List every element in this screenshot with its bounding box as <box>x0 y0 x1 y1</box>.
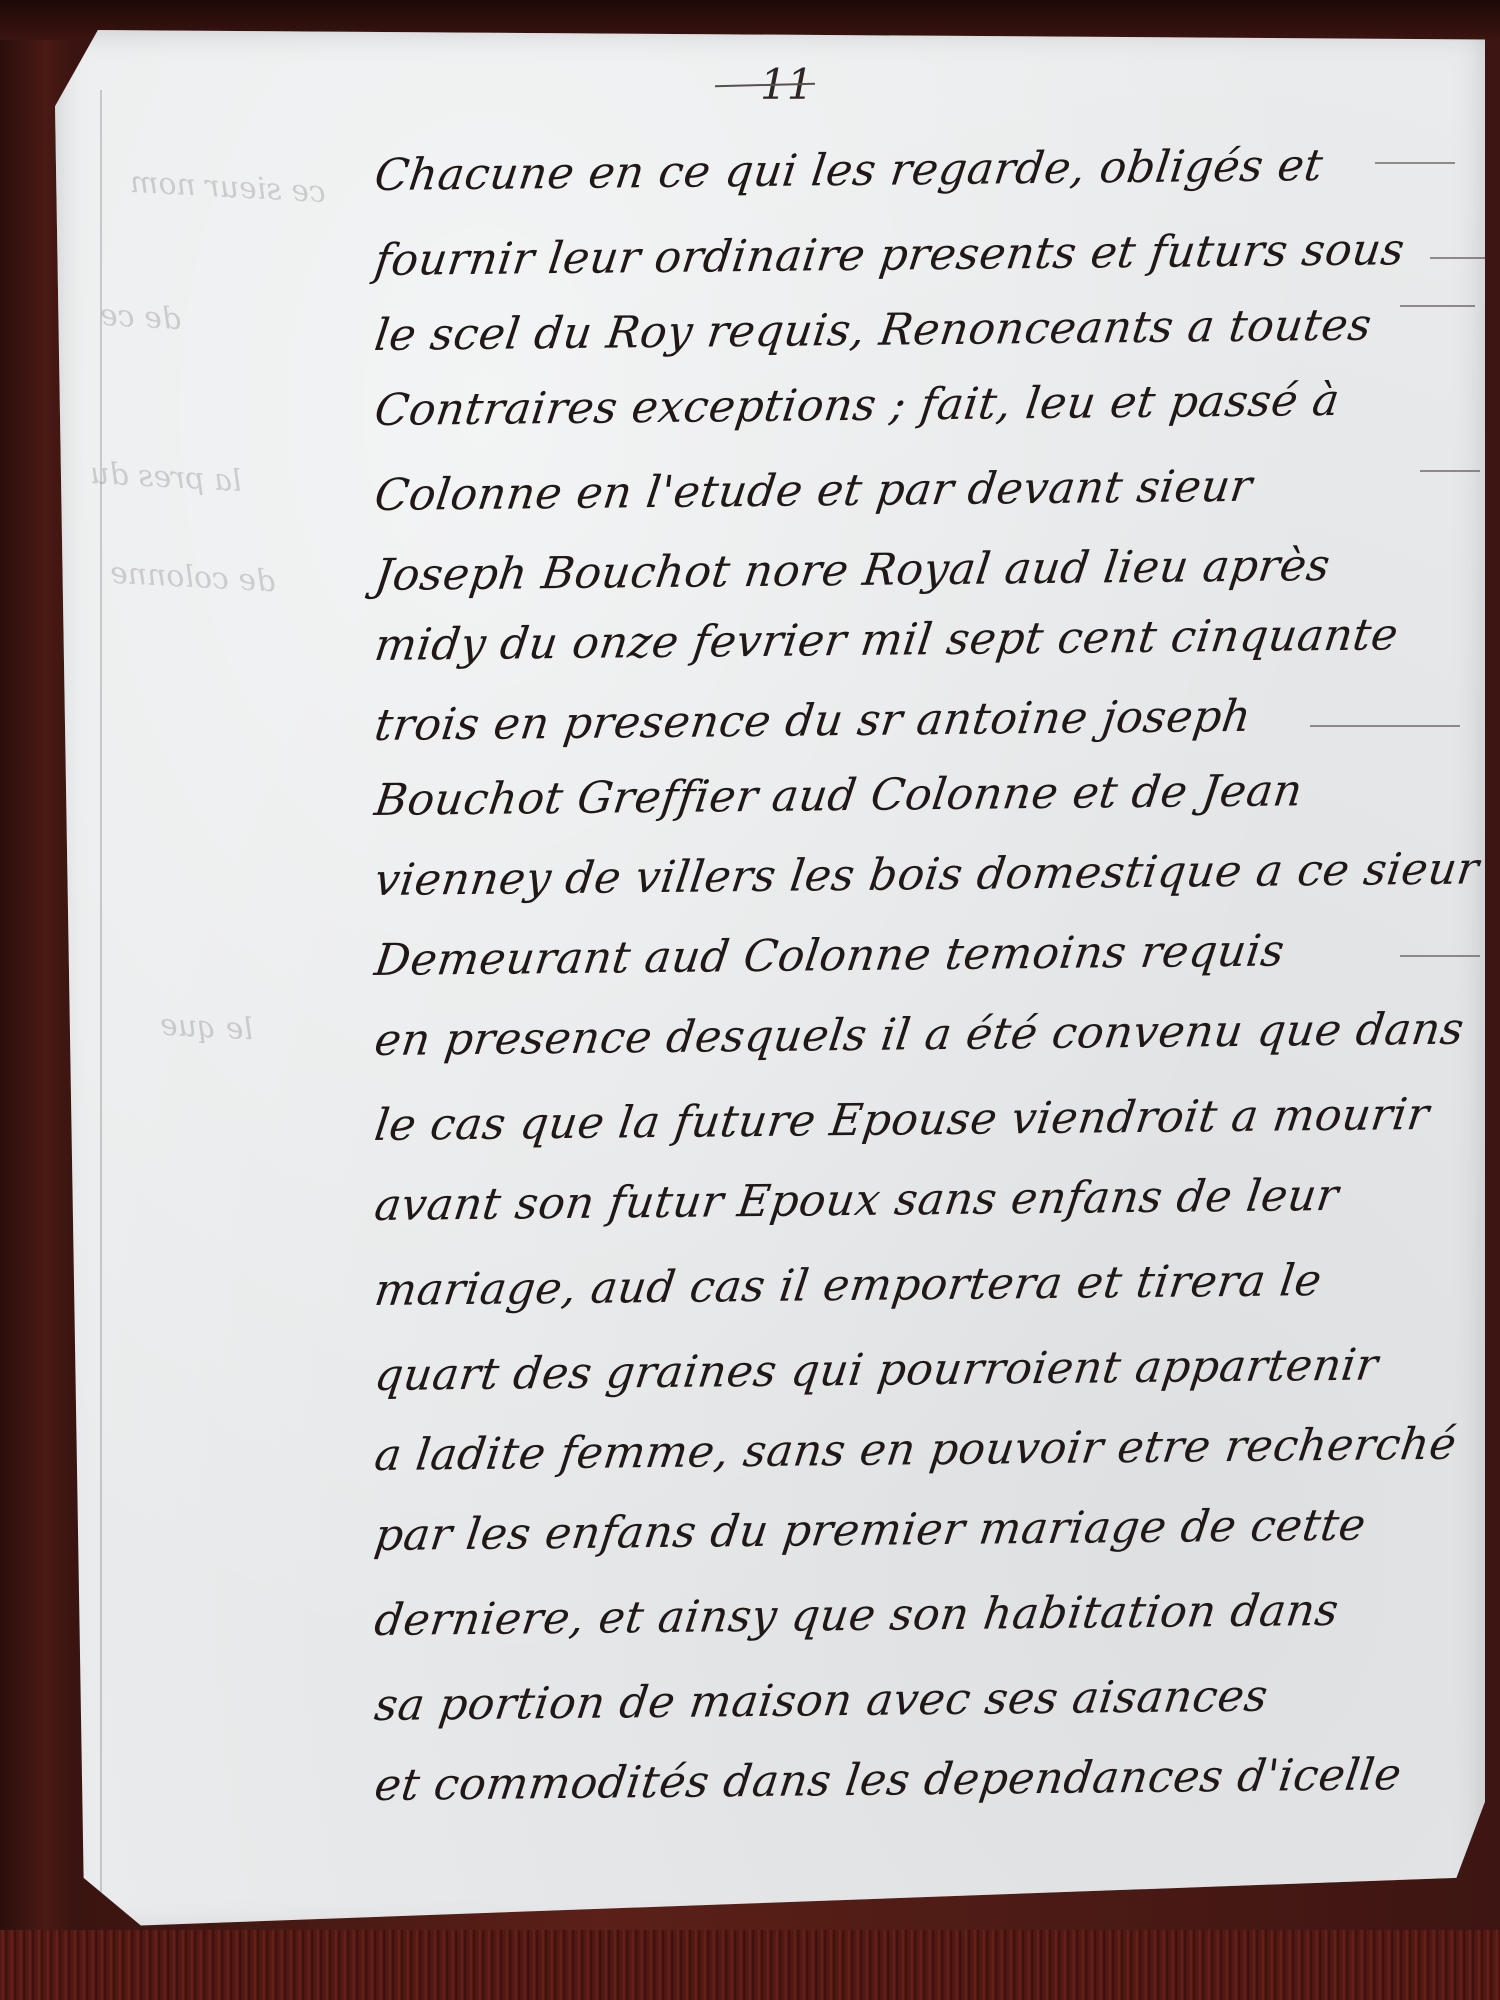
line-filler-stroke <box>1400 955 1480 957</box>
line-filler-stroke <box>1430 257 1485 259</box>
line-filler-stroke <box>1375 162 1455 164</box>
bleed-through-text: le que <box>159 1008 254 1048</box>
line-filler-stroke <box>1400 305 1475 307</box>
bleed-through-text: de ce <box>99 298 182 337</box>
line-filler-stroke <box>1310 725 1460 727</box>
line-filler-stroke <box>1420 470 1480 472</box>
page-fold-line <box>100 90 102 1950</box>
wood-frame-bottom <box>0 1930 1500 2000</box>
